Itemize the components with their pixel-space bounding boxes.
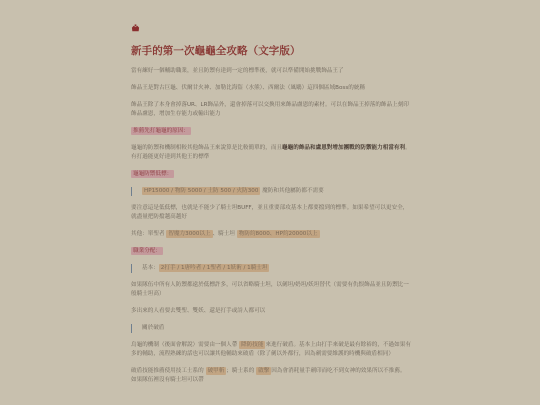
highlight: 啟擊 xyxy=(256,367,271,375)
article: 新手的第一次龜龜全攻略（文字版） 當有練好一個輔助職業，並且防禦有達到一定的標準… xyxy=(131,24,411,393)
highlight: 2打手 / 1唐吟者 / 1聖者 / 1妖術 / 1騎士坦 xyxy=(159,264,270,272)
paragraph-tank-alternative: 如果隊伍中所有人防禦都遠於低標許多，可以省略騎士坦，以劍坦/奶坦/妖坦替代（需要… xyxy=(131,281,411,299)
defense-stats-note: 魔防和其他屬防都不需要 xyxy=(262,188,324,194)
section-heading-defense-min: 龜龜防禦低標： xyxy=(131,170,411,179)
paragraph-shield-break: 烏龜的機制（後面會解說）需要由一個人帶 降防技能來進行破盾。基本上由打手來破是最… xyxy=(131,341,411,359)
intro-paragraph: 當有練好一個輔助職業，並且防禦有達到一定的標準後，就可以準備開始挑戰飾品王了 xyxy=(131,67,411,76)
paragraph-shield-skill: 破盾技能推薦使用技工士系的 破甲斬；騎士系的 啟擊因為會消耗量手劍印而吃不到女神… xyxy=(131,367,411,385)
paragraph-extra-members: 多出來的人看要去雙聖、雙妖、還是打手或詩人都可以 xyxy=(131,307,411,316)
section-heading-label: 推薦先打龜龜的原因： xyxy=(131,127,191,135)
page-title: 新手的第一次龜龜全攻略（文字版） xyxy=(131,43,411,58)
quote-defense-stats: HP15000 / 物防 5000 / 土防 500 / 火防300 魔防和其他… xyxy=(131,187,411,196)
section-heading-label: 職業分配： xyxy=(131,247,163,255)
text: ；騎士系的 xyxy=(226,368,254,374)
crown-icon xyxy=(131,24,140,33)
highlight: 破甲斬 xyxy=(206,367,227,375)
paragraph-defense-note: 要注意這是低低標，也就是不能少了騎士坦BUFF，並且重要部攻基本上都要擋到的標準… xyxy=(131,204,411,222)
text: 破盾技能推薦使用技工士系的 xyxy=(131,368,204,374)
text: 龜龜的防禦和機制相較其他飾品王來說算是比較簡單的，而且 xyxy=(131,145,282,151)
highlight: 物防約8000、HP約20000以上 xyxy=(237,230,320,238)
quote-shield-break: 關於破盾 xyxy=(131,324,411,333)
paragraph-other-requirements: 其他：單聖者 智魔力3000以上、騎士坦 物防約8000、HP約20000以上 xyxy=(131,230,411,239)
highlight: 降防技能 xyxy=(239,341,265,349)
bold-text: 龜龜的飾品和盧恩對增加團戰的防禦能力相當有利 xyxy=(282,145,405,151)
text: 基本： xyxy=(142,265,159,271)
quote-job-basic: 基本：2打手 / 1唐吟者 / 1聖者 / 1妖術 / 1騎士坦 xyxy=(131,264,411,273)
text: 、騎士坦 xyxy=(213,231,235,237)
highlight: 智魔力3000以上 xyxy=(166,230,212,238)
text: 其他：單聖者 xyxy=(131,231,165,237)
text: 烏龜的機制（後面會解說）需要由一個人帶 xyxy=(131,342,237,348)
defense-stats-highlight: HP15000 / 物防 5000 / 土防 500 / 火防300 xyxy=(142,187,260,195)
section-heading-job-allocation: 職業分配： xyxy=(131,247,411,256)
paragraph-why-turtle: 龜龜的防禦和機制相較其他飾品王來說算是比較簡單的，而且龜龜的飾品和盧恩對增加團戰… xyxy=(131,144,411,162)
section-heading-label: 龜龜防禦低標： xyxy=(131,170,174,178)
paragraph-boss-drops: 飾品王除了本身會掉落UR、LR飾品外，還會掉落可以交換用來飾品盧恩的素材。可以在… xyxy=(131,101,411,119)
section-heading-why-turtle: 推薦先打龜龜的原因： xyxy=(131,127,411,136)
paragraph-boss-definition: 飾品王是對古巨龜、伏爾甘火神、加勒比海盜（水熊）、西爾法（風鵰）這四個區域Bos… xyxy=(131,84,411,93)
